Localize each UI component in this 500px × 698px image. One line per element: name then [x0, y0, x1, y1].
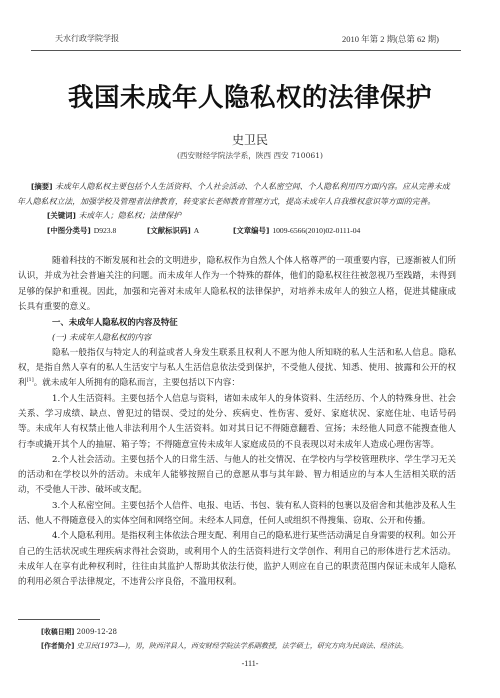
clc-value: D923.8 [94, 226, 117, 235]
clc-label: [中图分类号] [47, 226, 91, 235]
citation-ref[interactable]: [1] [27, 378, 34, 384]
abstract-block: [摘要] 未成年人隐私权主要包括个人生活资料、个人社会活动、个人私密空间、个人隐… [47, 180, 457, 238]
section-heading: 一、未成年人隐私权的内容及特征 [18, 315, 456, 330]
keywords-row: [关键词] 未成年人；隐私权；法律保护 [47, 209, 457, 224]
abstract-label: [摘要] [31, 182, 53, 191]
item-paragraph-2: 2.个人社会活动。主要包括个人的日常生活、与他人的社交情况、在学校内与学校管理秩… [18, 453, 456, 499]
item-paragraph-3: 3.个人私密空间。主要包括个人信件、电报、电话、书包、装有私人资料的包裹以及宿舍… [18, 499, 456, 530]
abstract-text: 未成年人隐私权主要包括个人生活资料、个人社会活动、个人私密空间、个人隐私利用四方… [17, 182, 450, 206]
article-no-value: 1009-6566(2010)02-0111-04 [272, 226, 360, 235]
definition-paragraph: 隐私一般指仅与特定人的利益或者人身发生联系且权利人不愿为他人所知晓的私人生活和私… [18, 346, 456, 392]
journal-name: 天水行政学院学报 [55, 33, 119, 44]
journal-page: 天水行政学院学报 2010 年第 2 期(总第 62 期) 我国未成年人隐私权的… [0, 0, 500, 698]
subsection-heading: (一) 未成年人隐私权的内容 [18, 330, 456, 345]
doc-code-label: [文献标识码] [147, 226, 191, 235]
footnotes: [收稿日期] 2009-12-28 [作者简介] 史卫民(1973—)，男，陕西… [41, 625, 471, 653]
article-title: 我国未成年人隐私权的法律保护 [0, 78, 500, 114]
article-body: 随着科技的不断发展和社会的文明进步，隐私权作为自然人个体人格尊严的一项重要内容，… [18, 254, 456, 591]
author-bio: [作者简介] 史卫民(1973—)，男，陕西洋县人，西安财经学院法学系副教授，法… [41, 639, 471, 653]
abstract: [摘要] 未成年人隐私权主要包括个人生活资料、个人社会活动、个人私密空间、个人隐… [17, 180, 453, 209]
intro-paragraph: 随着科技的不断发展和社会的文明进步，隐私权作为自然人个体人格尊严的一项重要内容，… [18, 254, 456, 315]
doc-code-value: A [194, 226, 199, 235]
keywords-label: [关键词] [47, 211, 76, 220]
page-number: -111- [0, 659, 500, 668]
keywords: 未成年人；隐私权；法律保护 [78, 211, 181, 220]
item-paragraph-4: 4.个人隐私利用。是指权利主体依法合理支配、利用自己的隐私进行某些活动满足自身需… [18, 529, 456, 590]
article-no-label: [文章编号] [233, 226, 269, 235]
running-header: 天水行政学院学报 2010 年第 2 期(总第 62 期) [31, 25, 461, 51]
author-name: 史卫民 [0, 131, 500, 148]
author-affiliation: (西安财经学院法学系，陕西 西安 710061) [0, 150, 500, 161]
received-date: [收稿日期] 2009-12-28 [41, 625, 471, 639]
issue-info: 2010 年第 2 期(总第 62 期) [342, 33, 439, 45]
classification-row: [中图分类号]D923.8 [文献标识码]A [文章编号]1009-6566(2… [47, 224, 457, 239]
footnote-divider [18, 619, 100, 620]
item-paragraph-1: 1.个人生活资料。主要包括个人信息与资料，诸如未成年人的身体资料、生活经历、个人… [18, 392, 456, 453]
